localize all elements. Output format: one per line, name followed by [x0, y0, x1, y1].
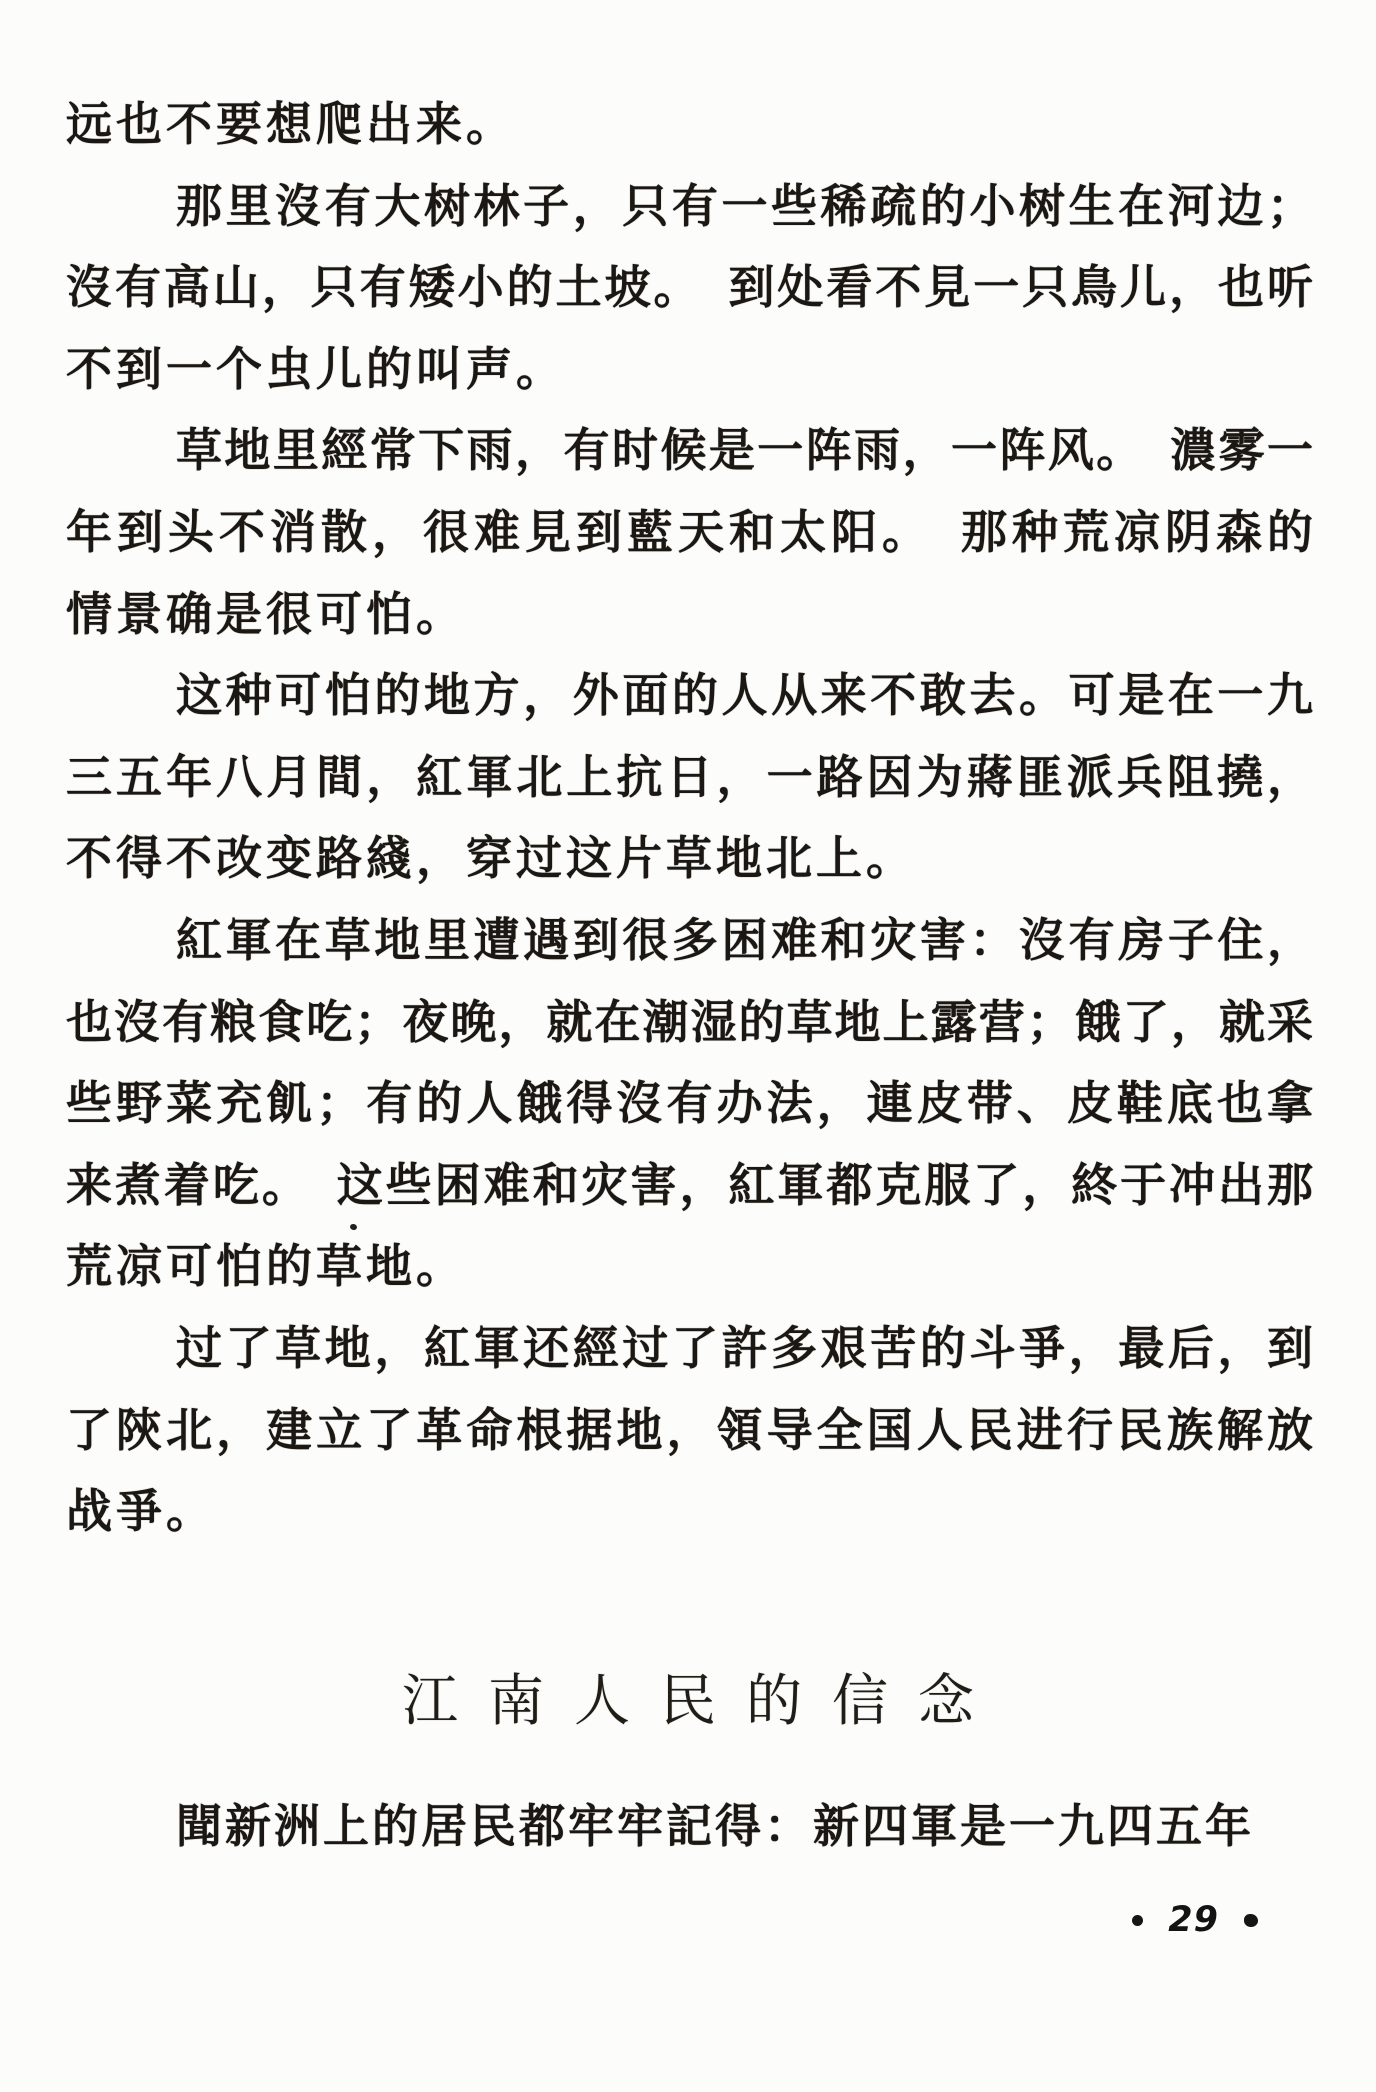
text-line: 三五年八月間，紅軍北上抗日，一路因为蔣匪派兵阻撓，	[66, 737, 1314, 819]
text-line: 也沒有粮食吃；夜晚，就在潮湿的草地上露营；餓了，就采	[66, 982, 1314, 1064]
opening-line: 聞新洲上的居民都牢牢記得：新四軍是一九四五年	[66, 1786, 1314, 1868]
text-line: 了陝北，建立了革命根据地，領导全国人民进行民族解放	[66, 1390, 1314, 1472]
text-line: 荒凉可怕的草地。	[66, 1226, 1314, 1308]
text-line: 紅軍在草地里遭遇到很多困难和灾害：沒有房子住，	[66, 900, 1314, 982]
text-line: 些野菜充飢；有的人餓得沒有办法，連皮带、皮鞋底也拿	[66, 1063, 1314, 1145]
text-line: 过了草地，紅軍还經过了許多艰苦的斗爭，最后，到	[66, 1308, 1314, 1390]
body-text: 远也不要想爬出来。 那里沒有大树林子，只有一些稀疏的小树生在河边； 沒有高山，只…	[66, 84, 1314, 1553]
section-title: 江南人民的信念	[0, 1660, 1376, 1744]
text-line: 不到一个虫儿的叫声。	[66, 329, 1314, 411]
page-number-value: 29	[1168, 1900, 1219, 1940]
text-line: 沒有高山，只有矮小的土坡。 到处看不見一只鳥儿，也听	[66, 247, 1314, 329]
text-line: 这种可怕的地方，外面的人从来不敢去。可是在一九	[66, 655, 1314, 737]
book-page: 远也不要想爬出来。 那里沒有大树林子，只有一些稀疏的小树生在河边； 沒有高山，只…	[0, 0, 1376, 2092]
text-line: 年到头不消散，很难見到藍天和太阳。 那种荒凉阴森的	[66, 492, 1314, 574]
text-line: 战爭。	[66, 1471, 1314, 1553]
page-number-dot-right-icon	[1244, 1914, 1258, 1927]
page-number: 29	[1132, 1898, 1258, 1942]
page-number-dot-left-icon	[1132, 1915, 1143, 1926]
text-line: 情景确是很可怕。	[66, 574, 1314, 656]
text-line: 那里沒有大树林子，只有一些稀疏的小树生在河边；	[66, 166, 1314, 248]
text-line: 远也不要想爬出来。	[66, 84, 1314, 166]
text-line: 不得不改变路綫，穿过这片草地北上。	[66, 818, 1314, 900]
text-line: 草地里經常下雨，有时候是一阵雨，一阵风。 濃雾一	[66, 410, 1314, 492]
text-line: 来煮着吃。 这些困难和灾害，紅軍都克服了，終于冲出那	[66, 1145, 1314, 1227]
